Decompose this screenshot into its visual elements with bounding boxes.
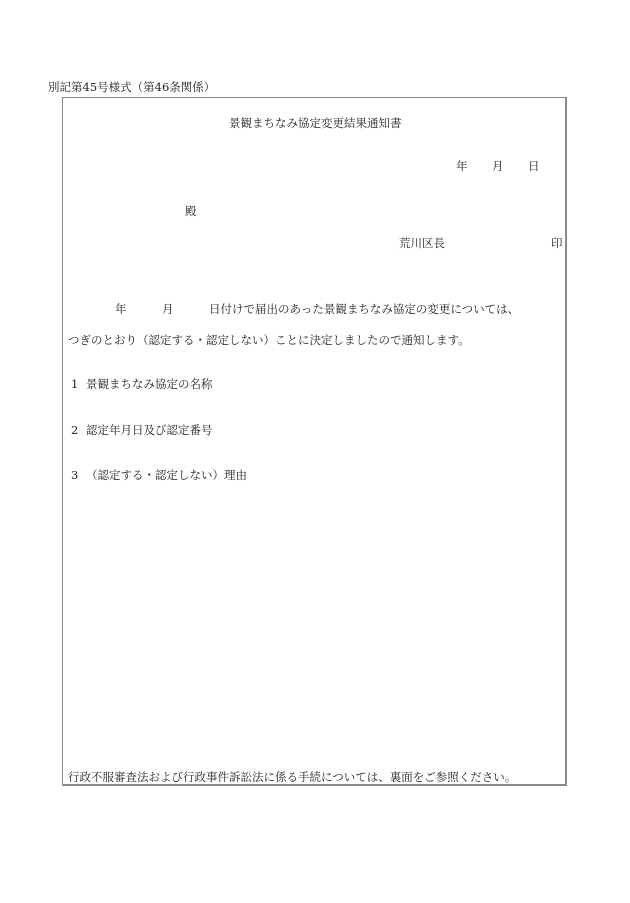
item-1-label: 景観まちなみ協定の名称 bbox=[86, 377, 213, 391]
form-label: 別記第45号様式（第46条関係） bbox=[48, 80, 215, 94]
item-2-label: 認定年月日及び認定番号 bbox=[86, 423, 213, 437]
issuer-seal: 印 bbox=[551, 236, 563, 250]
document-title: 景観まちなみ協定変更結果通知書 bbox=[229, 116, 402, 130]
item-1-number: 1 bbox=[71, 377, 78, 391]
document-frame bbox=[62, 97, 567, 786]
date-month: 月 bbox=[492, 159, 504, 173]
addressee-suffix: 殿 bbox=[185, 204, 197, 218]
item-2-number: 2 bbox=[71, 423, 78, 437]
body-month: 月 bbox=[162, 302, 174, 316]
body-line2: つぎのとおり（認定する・認定しない）ことに決定しましたので通知します。 bbox=[68, 333, 470, 347]
item-3-label: （認定する・認定しない）理由 bbox=[86, 468, 247, 482]
date-year: 年 bbox=[456, 159, 468, 173]
footer-note: 行政不服審査法および行政事件訴訟法に係る手続については、裏面をご参照ください。 bbox=[68, 770, 516, 784]
date-day: 日 bbox=[528, 159, 540, 173]
issuer-name: 荒川区長 bbox=[399, 236, 445, 250]
body-line1: 日付けで届出のあった景観まちなみ協定の変更については、 bbox=[209, 302, 519, 316]
body-year: 年 bbox=[115, 302, 127, 316]
item-3-number: 3 bbox=[71, 468, 78, 482]
